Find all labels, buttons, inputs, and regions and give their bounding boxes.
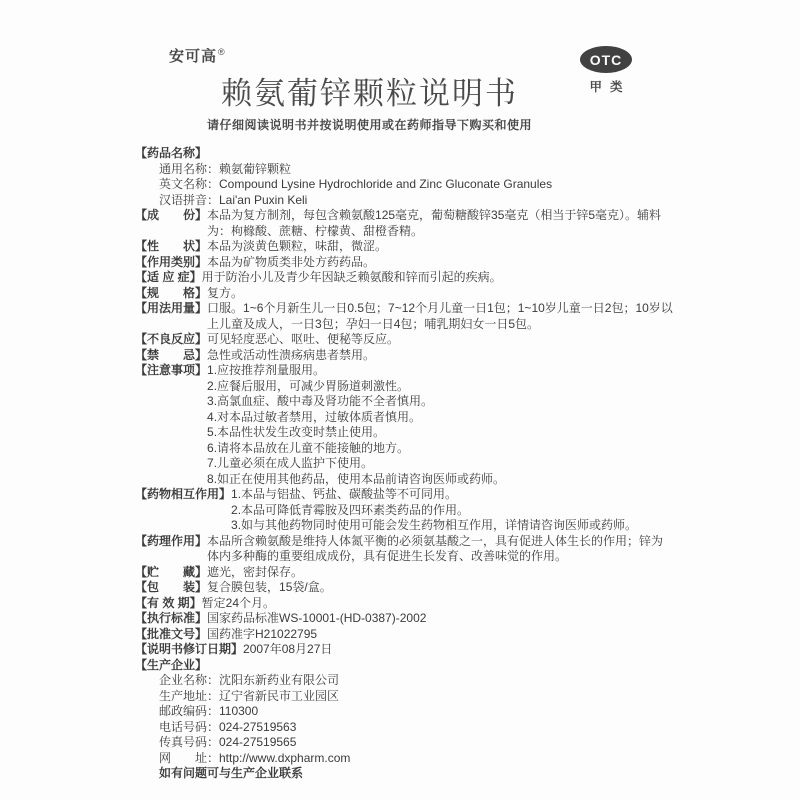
- detail-line: 企业名称：沈阳东新药业有限公司: [159, 673, 674, 689]
- list-item: 5.本品性状发生改变时禁止使用。: [207, 425, 674, 441]
- section-content: 本品为淡黄色颗粒，味甜，微涩。: [207, 239, 674, 255]
- section-sublines: 企业名称：沈阳东新药业有限公司生产地址：辽宁省新民市工业园区邮政编码：11030…: [135, 673, 674, 766]
- section-label: 【用法用量】: [135, 301, 207, 317]
- sections: 【药品名称】通用名称：赖氨葡锌颗粒英文名称：Compound Lysine Hy…: [135, 146, 674, 766]
- list-item: 8.如正在使用其他药品，使用本品前请咨询医师或药师。: [207, 472, 674, 488]
- detail-line: 邮政编码：110300: [159, 704, 674, 720]
- section-label: 【说明书修订日期】: [135, 642, 243, 658]
- section-drug-name: 【药品名称】通用名称：赖氨葡锌颗粒英文名称：Compound Lysine Hy…: [135, 146, 674, 208]
- section-content: 1.本品与铝盐、钙盐、碳酸盐等不可同用。2.本品可降低青霉胺及四环素类药品的作用…: [231, 487, 674, 534]
- section-category: 【作用类别】本品为矿物质类非处方药药品。: [135, 255, 674, 271]
- detail-line: 生产地址：辽宁省新民市工业园区: [159, 689, 674, 705]
- section-pharmacology: 【药理作用】本品所含赖氨酸是维持人体氮平衡的必须氨基酸之一，具有促进人体生长的作…: [135, 534, 674, 565]
- section-label: 【药品名称】: [135, 146, 207, 160]
- otc-badge: OTC 甲类: [580, 46, 632, 95]
- section-revision-date: 【说明书修订日期】2007年08月27日: [135, 642, 674, 658]
- section-dosage: 【用法用量】口服。1~6个月新生儿一日0.5包；7~12个月儿童一日1包；1~1…: [135, 301, 674, 332]
- section-sublines: 通用名称：赖氨葡锌颗粒英文名称：Compound Lysine Hydrochl…: [135, 162, 674, 209]
- section-label: 【贮 藏】: [135, 565, 207, 581]
- section-precautions: 【注意事项】1.应按推荐剂量服用。2.应餐后服用，可减少胃肠道刺激性。3.高氯血…: [135, 363, 674, 487]
- section-label: 【规 格】: [135, 286, 207, 302]
- section-content: 本品所含赖氨酸是维持人体氮平衡的必须氨基酸之一，具有促进人体生长的作用；锌为体内…: [207, 534, 674, 565]
- section-label: 【药理作用】: [135, 534, 207, 550]
- section-content: 暂定24个月。: [202, 596, 674, 612]
- section-label: 【性 状】: [135, 239, 207, 255]
- list-item: 3.高氯血症、酸中毒及肾功能不全者慎用。: [207, 394, 674, 410]
- detail-line: 电话号码：024-27519563: [159, 720, 674, 736]
- page-title: 赖氨葡锌颗粒说明书: [135, 68, 604, 113]
- package-insert-page: 安可高® OTC 甲类 赖氨葡锌颗粒说明书 请仔细阅读说明书并按说明使用或在药师…: [0, 0, 800, 800]
- section-manufacturer: 【生产企业】企业名称：沈阳东新药业有限公司生产地址：辽宁省新民市工业园区邮政编码…: [135, 658, 674, 767]
- brand-text: 安可高: [169, 48, 217, 65]
- list-item: 2.本品可降低青霉胺及四环素类药品的作用。: [231, 503, 674, 519]
- section-content: 2007年08月27日: [243, 642, 674, 658]
- registered-trademark-icon: ®: [218, 47, 226, 57]
- otc-icon: OTC: [580, 46, 632, 73]
- section-contraindications: 【禁 忌】急性或活动性溃疡病患者禁用。: [135, 348, 674, 364]
- contact-note: 如有问题可与生产企业联系: [135, 766, 674, 782]
- section-strength: 【规 格】复方。: [135, 286, 674, 302]
- section-validity: 【有 效 期】暂定24个月。: [135, 596, 674, 612]
- detail-line: 网 址：http://www.dxpharm.com: [159, 751, 674, 767]
- section-approval-number: 【批准文号】国药准字H21022795: [135, 627, 674, 643]
- section-label: 【包 装】: [135, 580, 207, 596]
- section-standard: 【执行标准】国家药品标准WS-10001-(HD-0387)-2002: [135, 611, 674, 627]
- list-item: 1.本品与铝盐、钙盐、碳酸盐等不可同用。: [231, 487, 674, 503]
- read-instructions-notice: 请仔细阅读说明书并按说明使用或在药师指导下购买和使用: [135, 116, 604, 133]
- section-content: 遮光，密封保存。: [207, 565, 674, 581]
- section-content: 本品为矿物质类非处方药药品。: [207, 255, 674, 271]
- section-content: 复合膜包装，15袋/盒。: [207, 580, 674, 596]
- detail-line: 汉语拼音：Lai'an Puxin Keli: [159, 193, 674, 209]
- section-label: 【成 份】: [135, 208, 207, 224]
- section-content: 1.应按推荐剂量服用。2.应餐后服用，可减少胃肠道刺激性。3.高氯血症、酸中毒及…: [207, 363, 674, 487]
- detail-line: 英文名称：Compound Lysine Hydrochloride and Z…: [159, 177, 674, 193]
- list-item: 1.应按推荐剂量服用。: [207, 363, 674, 379]
- section-content: 本品为复方制剂，每包含赖氨酸125毫克，葡萄糖酸锌35毫克（相当于锌5毫克）。辅…: [207, 208, 674, 239]
- section-indications: 【适 应 症】用于防治小儿及青少年因缺乏赖氨酸和锌而引起的疾病。: [135, 270, 674, 286]
- list-item: 7.儿童必须在成人监护下使用。: [207, 456, 674, 472]
- section-content: 国药准字H21022795: [207, 627, 674, 643]
- section-content: 急性或活动性溃疡病患者禁用。: [207, 348, 674, 364]
- section-content: 国家药品标准WS-10001-(HD-0387)-2002: [207, 611, 674, 627]
- section-label: 【适 应 症】: [135, 270, 202, 286]
- list-item: 4.对本品过敏者禁用，过敏体质者慎用。: [207, 410, 674, 426]
- section-drug-interactions: 【药物相互作用】1.本品与铝盐、钙盐、碳酸盐等不可同用。2.本品可降低青霉胺及四…: [135, 487, 674, 534]
- section-storage: 【贮 藏】遮光，密封保存。: [135, 565, 674, 581]
- detail-line: 通用名称：赖氨葡锌颗粒: [159, 162, 674, 178]
- section-ingredients: 【成 份】本品为复方制剂，每包含赖氨酸125毫克，葡萄糖酸锌35毫克（相当于锌5…: [135, 208, 674, 239]
- list-item: 6.请将本品放在儿童不能接触的地方。: [207, 441, 674, 457]
- detail-line: 传真号码：024-27519565: [159, 735, 674, 751]
- section-label: 【生产企业】: [135, 658, 207, 672]
- section-content: 可见轻度恶心、呕吐、便秘等反应。: [207, 332, 674, 348]
- section-description: 【性 状】本品为淡黄色颗粒，味甜，微涩。: [135, 239, 674, 255]
- list-item: 2.应餐后服用，可减少胃肠道刺激性。: [207, 379, 674, 395]
- section-adverse-reactions: 【不良反应】可见轻度恶心、呕吐、便秘等反应。: [135, 332, 674, 348]
- otc-class-label: 甲类: [580, 77, 632, 95]
- section-label: 【不良反应】: [135, 332, 207, 348]
- section-label: 【批准文号】: [135, 627, 207, 643]
- section-label: 【执行标准】: [135, 611, 207, 627]
- section-content: 口服。1~6个月新生儿一日0.5包；7~12个月儿童一日1包；1~10岁儿童一日…: [207, 301, 674, 332]
- section-package: 【包 装】复合膜包装，15袋/盒。: [135, 580, 674, 596]
- section-label: 【注意事项】: [135, 363, 207, 379]
- section-content: 复方。: [207, 286, 674, 302]
- section-label: 【禁 忌】: [135, 348, 207, 364]
- section-label: 【作用类别】: [135, 255, 207, 271]
- section-label: 【有 效 期】: [135, 596, 202, 612]
- section-content: 用于防治小儿及青少年因缺乏赖氨酸和锌而引起的疾病。: [202, 270, 674, 286]
- section-label: 【药物相互作用】: [135, 487, 231, 503]
- list-item: 3.如与其他药物同时使用可能会发生药物相互作用，详情请咨询医师或药师。: [231, 518, 674, 534]
